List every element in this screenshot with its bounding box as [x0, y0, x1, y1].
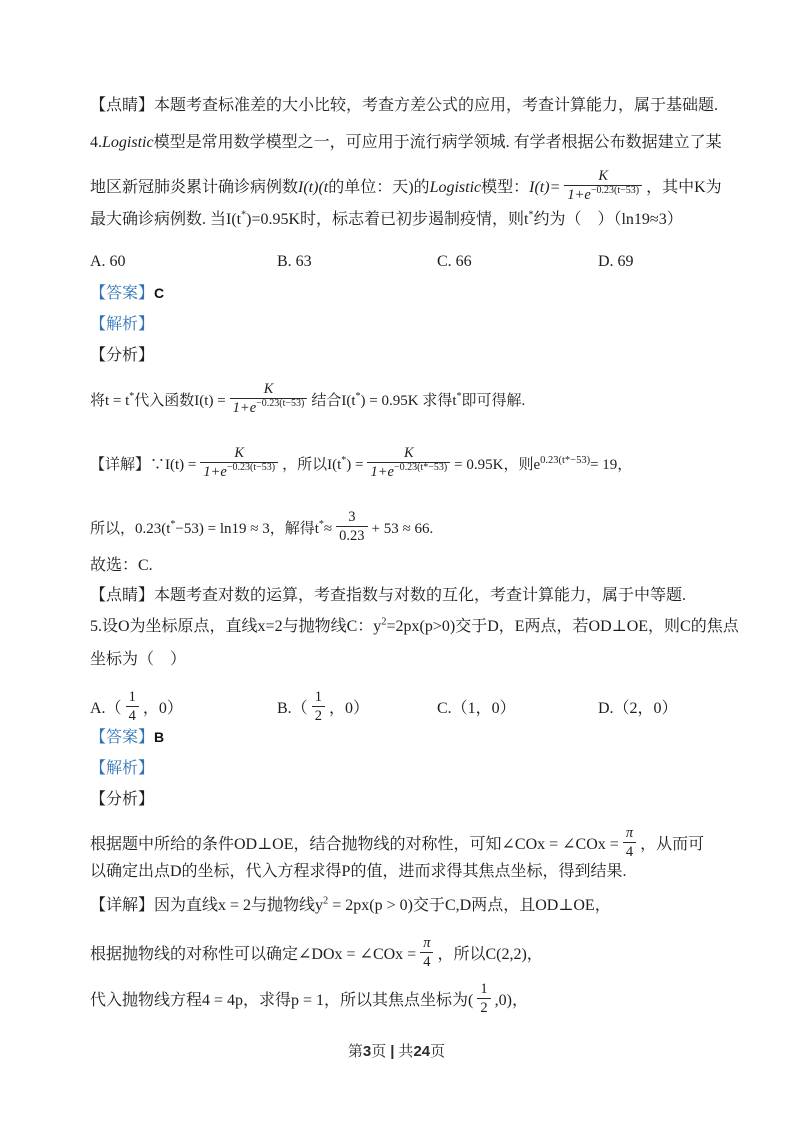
q4-detail-line2: 所以，0.23(t*−53) = ln19 ≈ 3，解得t*≈30.23+ 53… [90, 512, 715, 547]
q4-model-fraction: K1+e−0.23(t−53) [564, 169, 642, 204]
footer-mid2: 共 [398, 1044, 413, 1060]
q4-analysis-s3: 结合I(t [311, 393, 355, 409]
q5-detail3-s1: 代入抛物线方程4 = 4p，求得p = 1，所以其焦点坐标为( [90, 992, 473, 1009]
q4-fenxi-line: 【分析】 [90, 346, 715, 367]
q5-stem-line1: 5.设O为坐标原点，直线x=2与抛物线C：y2=2px(p>0)交于D，E两点，… [90, 617, 715, 638]
q5-options-row: A.（14，0） B.（12，0） C.（1，0） D.（2，0） [90, 692, 715, 727]
q5-detail3-fraction: 12 [477, 982, 490, 1017]
fraction-numerator: K [595, 169, 611, 185]
q4-answer-line: 【答案】C [90, 284, 715, 305]
jiexi-label: 【解析】 [90, 316, 154, 333]
document-page: 【点睛】本题考查标准差的大小比较，考查方差公式的应用，考查计算能力，属于基础题.… [0, 0, 793, 1122]
footer-total-pages: 24 [413, 1043, 430, 1060]
q3-comment-text: 【点睛】本题考查标准差的大小比较，考查方差公式的应用，考查计算能力，属于基础题. [90, 97, 718, 114]
q4-comment-text: 【点睛】本题考查对数的运算，考查指数与对数的互化，考查计算能力，属于中等题. [90, 587, 686, 604]
q4-detail2-s1: 所以，0.23(t [90, 521, 170, 537]
fraction-numerator: 1 [126, 690, 139, 706]
q4-detail1-fraction2: K1+e−0.23(t*−53) [367, 446, 450, 481]
q4-detail-line1: 【详解】∵I(t) =K1+e−0.23(t−53)，所以I(t*) =K1+e… [90, 448, 715, 483]
q4-analysis-line: 将t = t*代入函数I(t) =K1+e−0.23(t−53)结合I(t*) … [90, 384, 715, 419]
q5-option-b: B.（12，0） [277, 692, 437, 727]
q4-detail1-s4: = 0.95K，则e [454, 457, 540, 473]
footer-post: 页 [430, 1044, 445, 1060]
q5-detail2-fraction: π4 [420, 936, 433, 971]
q5-detail1-s1: 【详解】因为直线x = 2与抛物线y [90, 897, 323, 914]
q5-analysis2-text: 以确定出点D的坐标，代入方程求得P的值，进而求得其焦点坐标，得到结果. [90, 863, 626, 880]
q5-analysis1-s2: ，从而可 [640, 836, 704, 853]
q4-stem3-text-a: 最大确诊病例数. 当I(t [90, 211, 241, 228]
q4-detail1-s5: = 19， [590, 457, 632, 473]
q5-stem1-text-b: =2px(p>0)交于D，E两点，若OD⊥OE，则C的焦点 [387, 618, 739, 635]
q4-jiexi-line: 【解析】 [90, 315, 715, 336]
jiexi-label: 【解析】 [90, 760, 154, 777]
fraction-denominator: 1+e−0.23(t*−53) [367, 462, 450, 481]
answer-label: 【答案】 [90, 285, 154, 302]
q4-option-b: B. 63 [277, 252, 437, 273]
fraction-numerator: K [231, 446, 247, 462]
fenxi-label: 【分析】 [90, 791, 154, 808]
q5-answer-letter: B [154, 729, 164, 745]
q4-detail2-s4: + 53 ≈ 66. [372, 521, 434, 537]
footer-page-number: 3 [363, 1043, 371, 1060]
q4-model-lhs: I(t)= [529, 179, 560, 196]
q4-stem2-var1: I(t)(t [298, 179, 328, 196]
q4-detail2-s2: −53) = ln19 ≈ 3，解得t [175, 521, 318, 537]
q5-detail2-s2: ，所以C(2,2)， [437, 946, 542, 963]
den-exponent: −0.23(t−53) [256, 398, 304, 409]
fraction-denominator: 4 [420, 952, 433, 971]
den-exponent: −0.23(t*−53) [394, 462, 447, 473]
q5-opt-a-post: ，0） [143, 700, 183, 717]
fenxi-label: 【分析】 [90, 347, 154, 364]
q5-analysis-line1: 根据题中所给的条件OD⊥OE，结合抛物线的对称性，可知∠COx = ∠COx =… [90, 828, 715, 863]
q5-detail2-s1: 根据抛物线的对称性可以确定∠DOx = ∠COx = [90, 946, 416, 963]
q4-stem-line1: 4.Logistic模型是常用数学模型之一，可应用于流行病学领城. 有学者根据公… [90, 133, 715, 154]
q4-analysis-s5: 即可得解. [462, 393, 526, 409]
q5-analysis1-fraction: π4 [623, 826, 636, 861]
q5-stem1-text-a: 5.设O为坐标原点，直线x=2与抛物线C：y [90, 618, 381, 635]
fraction-numerator: K [261, 382, 277, 398]
q4-detail1-fraction1: K1+e−0.23(t−53) [200, 446, 278, 481]
q5-option-d: D.（2，0） [598, 699, 678, 720]
fraction-denominator: 4 [126, 706, 139, 725]
q4-stem2-text-b: 的单位：天)的 [328, 179, 429, 196]
q4-comment-line: 【点睛】本题考查对数的运算，考查指数与对数的互化，考查计算能力，属于中等题. [90, 586, 715, 607]
q4-stem1-text: 模型是常用数学模型之一，可应用于流行病学领城. 有学者根据公布数据建立了某 [154, 134, 722, 151]
fraction-denominator: 2 [477, 998, 490, 1017]
den-base: 1+e [233, 400, 256, 416]
q4-number: 4. [90, 134, 102, 151]
q5-fenxi-line: 【分析】 [90, 790, 715, 811]
q5-analysis-line2: 以确定出点D的坐标，代入方程求得P的值，进而求得其焦点坐标，得到结果. [90, 862, 715, 883]
q4-detail2-s3: ≈ [324, 521, 332, 537]
q4-detail1-s2: ，所以I(t [282, 457, 341, 473]
q4-option-c: C. 66 [437, 252, 598, 273]
q5-detail3-s2: ,0)， [495, 992, 528, 1009]
q5-answer-line: 【答案】B [90, 728, 715, 749]
q5-stem-line2: 坐标为（ ） [90, 650, 715, 671]
footer-pre: 第 [348, 1044, 363, 1060]
q5-option-a: A.（14，0） [90, 692, 277, 727]
q4-analysis-s2: 代入函数I(t) = [134, 393, 225, 409]
fraction-numerator: 1 [477, 982, 490, 998]
q5-opt-b-pre: B.（ [277, 700, 308, 717]
e-exponent: 0.23(t*−53) [540, 455, 590, 466]
fraction-denominator: 2 [312, 706, 325, 725]
q5-stem2-text: 坐标为（ ） [90, 651, 186, 668]
fraction-denominator: 1+e−0.23(t−53) [564, 185, 642, 204]
footer-separator: | [386, 1043, 398, 1060]
q4-answer-letter: C [154, 285, 164, 301]
q4-choose-line: 故选：C. [90, 556, 715, 577]
fraction-denominator: 0.23 [336, 526, 367, 545]
q5-option-c: C.（1，0） [437, 699, 598, 720]
fraction-numerator: 1 [312, 690, 325, 706]
q5-opt-b-post: ，0） [329, 700, 369, 717]
q4-stem2-text-d: ，其中K为 [646, 179, 722, 196]
footer-mid1: 页 [371, 1044, 386, 1060]
q4-stem2-text-c: 模型： [481, 179, 529, 196]
q4-analysis-s1: 将t = t [90, 393, 129, 409]
den-exponent: −0.23(t−53) [227, 462, 275, 473]
fraction-numerator: 3 [345, 510, 358, 526]
q4-stem-line2: 地区新冠肺炎累计确诊病例数I(t)(t的单位：天)的Logistic模型：I(t… [90, 171, 715, 206]
q4-logistic-word: Logistic [102, 134, 154, 151]
q5-opt-a-fraction: 14 [126, 690, 139, 725]
q5-detail-line3: 代入抛物线方程4 = 4p，求得p = 1，所以其焦点坐标为(12,0)， [90, 984, 715, 1019]
q4-stem3-text-c: 约为（ ）（ln19≈3） [533, 211, 682, 228]
q4-detail2-fraction: 30.23 [336, 510, 367, 545]
q5-opt-a-pre: A.（ [90, 700, 122, 717]
q4-option-d: D. 69 [598, 252, 634, 273]
fraction-numerator: π [623, 826, 636, 842]
q5-detail1-s2: = 2px(p > 0)交于C,D两点，且OD⊥OE， [328, 897, 610, 914]
q4-stem2-logistic: Logistic [430, 179, 482, 196]
q4-detail1-s1: 【详解】∵I(t) = [90, 457, 196, 473]
q4-stem3-text-b: )=0.95K时，标志着已初步遏制疫情，则t [246, 211, 528, 228]
q5-jiexi-line: 【解析】 [90, 759, 715, 780]
fraction-numerator: π [420, 936, 433, 952]
q5-analysis1-s1: 根据题中所给的条件OD⊥OE，结合抛物线的对称性，可知∠COx = ∠COx = [90, 836, 619, 853]
fraction-numerator: K [401, 446, 417, 462]
q4-options-row: A. 60 B. 63 C. 66 D. 69 [90, 252, 715, 273]
q3-comment-line: 【点睛】本题考查标准差的大小比较，考查方差公式的应用，考查计算能力，属于基础题. [90, 96, 715, 117]
fraction-denominator: 1+e−0.23(t−53) [230, 398, 308, 417]
q4-analysis-fraction: K1+e−0.23(t−53) [230, 382, 308, 417]
q4-analysis-s4: ) = 0.95K 求得t [361, 393, 457, 409]
q4-detail1-s3: ) = [346, 457, 363, 473]
den-base: 1+e [370, 464, 393, 480]
q4-option-a: A. 60 [90, 252, 277, 273]
q5-opt-b-fraction: 12 [312, 690, 325, 725]
q4-stem-line3: 最大确诊病例数. 当I(t*)=0.95K时，标志着已初步遏制疫情，则t*约为（… [90, 210, 715, 231]
q4-choose-text: 故选：C. [90, 557, 153, 574]
q5-detail-line1: 【详解】因为直线x = 2与抛物线y2 = 2px(p > 0)交于C,D两点，… [90, 896, 715, 917]
den-exponent: −0.23(t−53) [591, 185, 639, 196]
den-base: 1+e [567, 187, 590, 203]
answer-label: 【答案】 [90, 729, 154, 746]
q4-stem2-text-a: 地区新冠肺炎累计确诊病例数 [90, 179, 298, 196]
fraction-denominator: 1+e−0.23(t−53) [200, 462, 278, 481]
fraction-denominator: 4 [623, 842, 636, 861]
q5-detail-line2: 根据抛物线的对称性可以确定∠DOx = ∠COx =π4，所以C(2,2)， [90, 938, 715, 973]
den-base: 1+e [203, 464, 226, 480]
page-footer: 第3页|共24页 [0, 1040, 793, 1061]
